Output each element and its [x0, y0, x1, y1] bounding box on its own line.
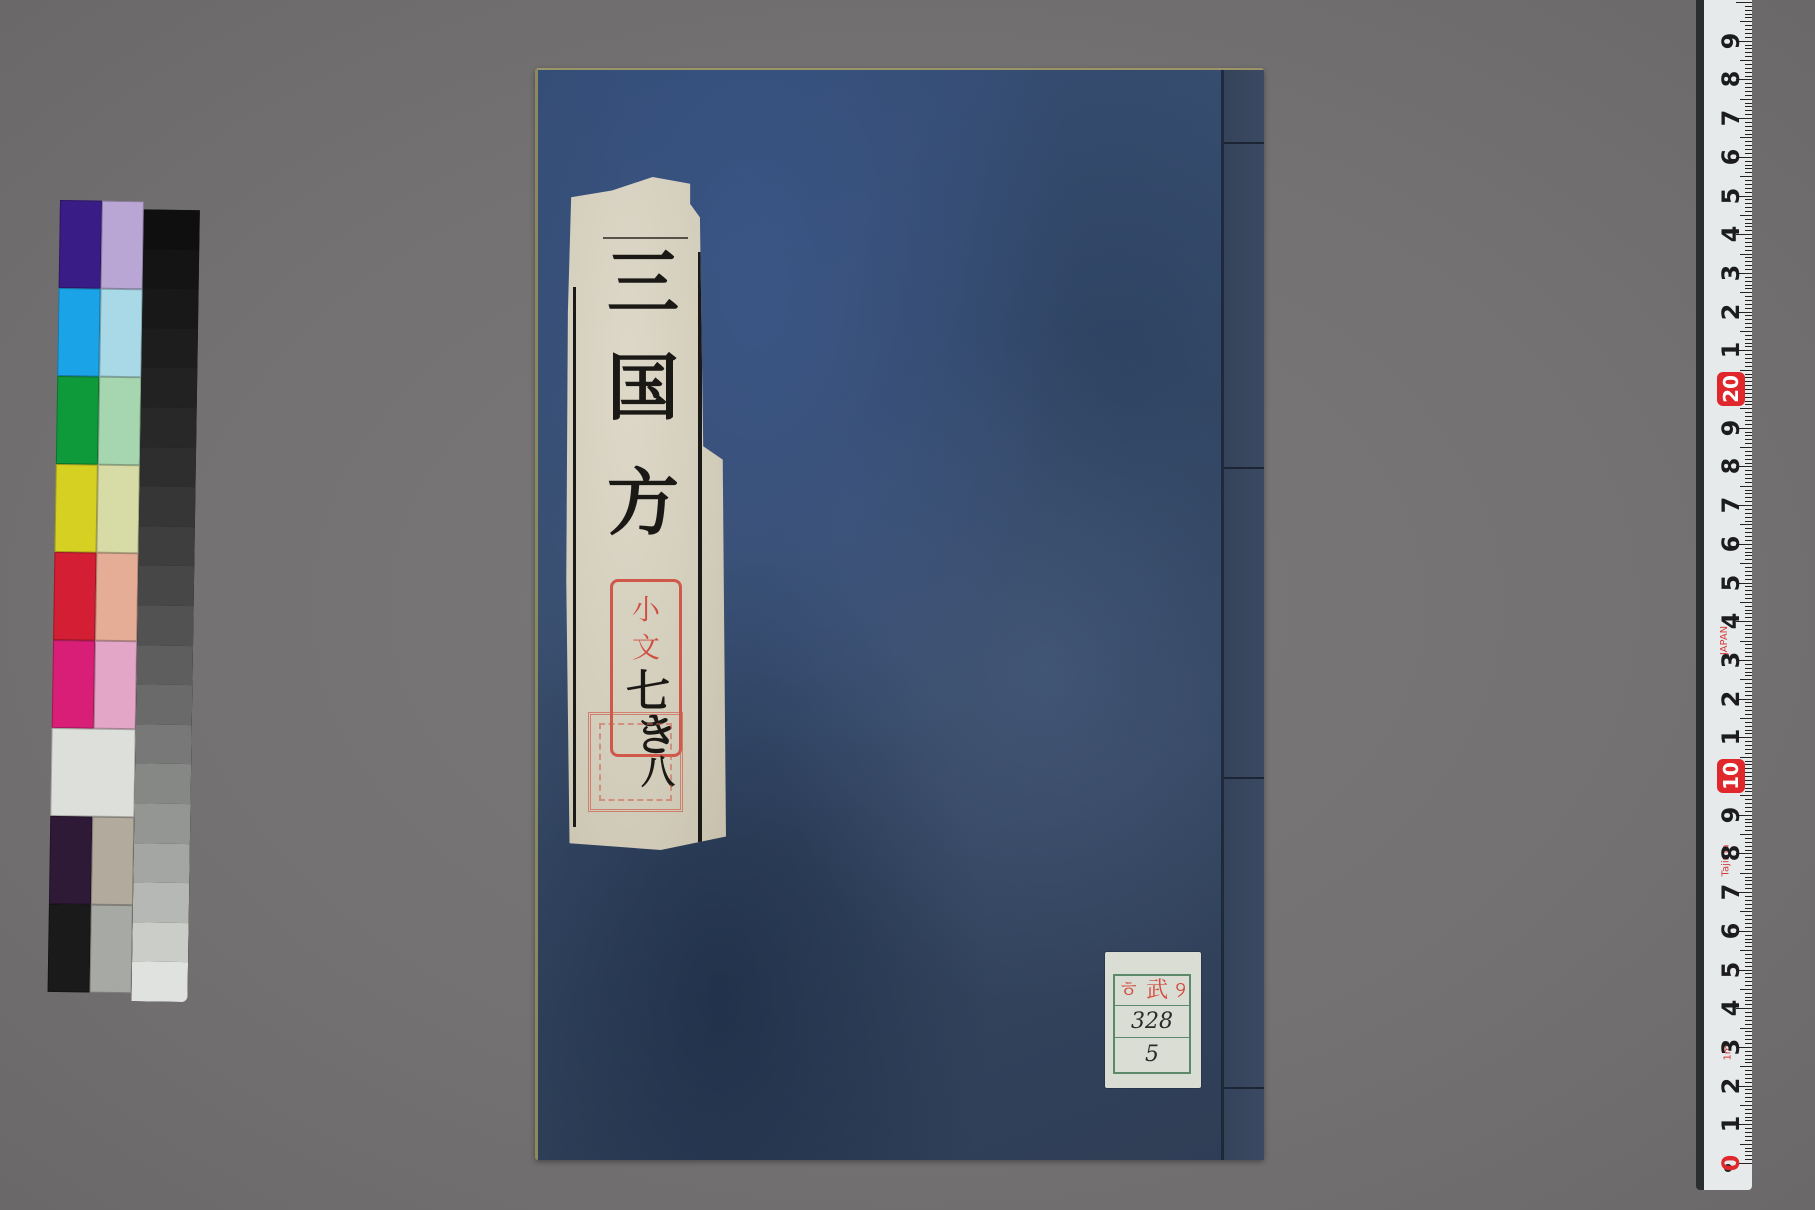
ruler-number: 4: [1717, 217, 1745, 251]
ruler-tick: [1740, 563, 1752, 564]
color-patch: [56, 376, 99, 465]
ruler-tick: [1740, 486, 1752, 487]
gray-step: [136, 684, 193, 724]
ruler-tick: [1745, 1078, 1752, 1079]
ruler-tick: [1745, 354, 1752, 355]
ruler-tick: [1745, 308, 1752, 309]
ruler-tick: [1745, 791, 1752, 792]
ruler-tick: [1745, 470, 1752, 471]
ruler-tick: [1745, 165, 1752, 166]
ruler-tick: [1745, 904, 1752, 905]
ruler-tick: [1745, 606, 1752, 607]
ruler-tick: [1745, 702, 1752, 703]
ruler-tick: [1745, 412, 1752, 413]
ruler-tick: [1740, 718, 1752, 719]
ruler-tick: [1745, 1012, 1752, 1013]
color-patch: [59, 200, 102, 289]
ruler-tick: [1745, 385, 1752, 386]
ruler-tick: [1745, 629, 1752, 630]
ruler-tick: [1745, 1000, 1752, 1001]
ruler-tick: [1745, 1082, 1752, 1083]
ruler-tick: [1745, 958, 1752, 959]
ruler-tick: [1745, 888, 1752, 889]
ruler-number: 7: [1717, 875, 1745, 909]
grayscale-strip: [131, 209, 199, 1002]
color-patch: [91, 817, 134, 906]
ruler-tick: [1745, 145, 1752, 146]
ruler-tick: [1745, 923, 1752, 924]
ruler-tick: [1740, 989, 1752, 990]
book-spine: [1224, 70, 1264, 1160]
ruler-tick: [1740, 679, 1752, 680]
ruler-tick: [1745, 114, 1752, 115]
ruler-tick: [1745, 579, 1752, 580]
ruler-tick: [1745, 219, 1752, 220]
ruler-tick: [1745, 768, 1752, 769]
gray-step: [134, 803, 191, 843]
ruler-tick: [1745, 559, 1752, 560]
ruler-tick: [1745, 95, 1752, 96]
ruler-tick: [1745, 517, 1752, 518]
ruler-tick: [1745, 513, 1752, 514]
ruler-tick: [1745, 811, 1752, 812]
ruler-tick: [1745, 64, 1752, 65]
ruler-tick: [1745, 571, 1752, 572]
ruler-tick: [1745, 985, 1752, 986]
ruler-tick: [1745, 261, 1752, 262]
ruler-tick: [1745, 819, 1752, 820]
title-char-1: 三: [603, 247, 683, 319]
ruler-tick: [1745, 188, 1752, 189]
ruler-tick: [1745, 668, 1752, 669]
ruler-tick: [1745, 714, 1752, 715]
ruler-tick: [1740, 1144, 1752, 1145]
ruler-tick: [1745, 420, 1752, 421]
ruler-number: 4: [1717, 604, 1745, 638]
ruler-tick: [1745, 199, 1752, 200]
ruler-tick: [1745, 501, 1752, 502]
ruler-tick: [1745, 528, 1752, 529]
gray-step: [141, 328, 198, 368]
color-patch: [94, 641, 137, 730]
ruler-number: 6: [1717, 140, 1745, 174]
ruler-tick: [1745, 103, 1752, 104]
call-number-row-3: 5: [1115, 1038, 1189, 1074]
color-patch: [98, 377, 141, 466]
measuring-ruler: 1m JAPAN Tajima 012345678910123456789201…: [1696, 0, 1752, 1190]
ruler-tick: [1745, 838, 1752, 839]
white-patch: [50, 728, 135, 817]
ruler-number: 1: [1717, 1107, 1745, 1141]
ruler-tick: [1745, 281, 1752, 282]
call-number-row-1: ㅎ 武 ୨: [1115, 976, 1189, 1006]
gray-step: [142, 288, 199, 328]
ruler-tick: [1745, 29, 1752, 30]
ruler-tick: [1745, 478, 1752, 479]
ruler-tick: [1745, 799, 1752, 800]
ruler-tick: [1745, 877, 1752, 878]
gray-step: [133, 882, 190, 922]
ruler-tick: [1745, 393, 1752, 394]
ruler-tick: [1745, 6, 1752, 7]
ruler-tick: [1745, 335, 1752, 336]
slip-border-right: [698, 252, 702, 842]
ruler-tick: [1745, 745, 1752, 746]
gray-step: [140, 447, 197, 487]
ruler-tick: [1745, 17, 1752, 18]
ruler-tick: [1745, 1031, 1752, 1032]
ruler-tick: [1745, 83, 1752, 84]
ruler-tick: [1745, 1059, 1752, 1060]
ruler-tick: [1745, 1117, 1752, 1118]
ruler-tick: [1745, 277, 1752, 278]
ruler-number: 3: [1717, 256, 1745, 290]
ruler-tick: [1745, 857, 1752, 858]
color-patch: [95, 553, 138, 642]
ruler-tick: [1740, 641, 1752, 642]
ruler-number: 3: [1717, 643, 1745, 677]
ruler-tick: [1745, 362, 1752, 363]
ruler-tick: [1745, 644, 1752, 645]
ruler-tick: [1745, 540, 1752, 541]
ruler-tick: [1745, 180, 1752, 181]
ruler-tick: [1745, 323, 1752, 324]
ruler-tick: [1740, 757, 1752, 758]
ruler-tick: [1745, 1155, 1752, 1156]
ruler-tick: [1745, 288, 1752, 289]
ruler-tick: [1740, 795, 1752, 796]
ruler-tick: [1745, 552, 1752, 553]
ruler-number: 9: [1717, 411, 1745, 445]
ruler-tick: [1745, 691, 1752, 692]
ruler-tick: [1745, 130, 1752, 131]
ruler-tick: [1745, 134, 1752, 135]
ruler-tick: [1745, 993, 1752, 994]
ruler-tick: [1740, 137, 1752, 138]
stamp-char-1: 小: [613, 594, 679, 626]
ruler-tick: [1745, 343, 1752, 344]
ruler-tick: [1745, 733, 1752, 734]
title-char-3: 方: [603, 467, 683, 539]
ruler-number: 6: [1717, 914, 1745, 948]
ruler-number: 4: [1717, 991, 1745, 1025]
ruler-tick: [1745, 788, 1752, 789]
ruler-tick: [1745, 141, 1752, 142]
ruler-tick: [1740, 292, 1752, 293]
ruler-tick: [1745, 358, 1752, 359]
ruler-tick: [1745, 72, 1752, 73]
color-patch: [49, 816, 92, 905]
color-patch: [48, 904, 91, 993]
ruler-tick: [1745, 1004, 1752, 1005]
binding-stitch: [1224, 142, 1264, 144]
ruler-tick: [1745, 91, 1752, 92]
ruler-tick: [1745, 25, 1752, 26]
ruler-number: 7: [1717, 488, 1745, 522]
ruler-tick: [1745, 149, 1752, 150]
ruler-tick: [1745, 184, 1752, 185]
gray-step: [139, 486, 196, 526]
ruler-tick: [1745, 315, 1752, 316]
ruler-number: 7: [1717, 101, 1745, 135]
ruler-tick: [1745, 250, 1752, 251]
ruler-tick: [1745, 962, 1752, 963]
ruler-tick: [1745, 153, 1752, 154]
gray-step: [137, 605, 194, 645]
ruler-number: 9: [1717, 798, 1745, 832]
ruler-tick: [1740, 370, 1752, 371]
ruler-number: 0: [1717, 1146, 1745, 1180]
ruler-tick: [1745, 946, 1752, 947]
ruler-tick: [1745, 610, 1752, 611]
ruler-tick: [1745, 203, 1752, 204]
ruler-tick: [1745, 695, 1752, 696]
ruler-tick: [1745, 548, 1752, 549]
ruler-tick: [1745, 575, 1752, 576]
ruler-tick: [1745, 161, 1752, 162]
ruler-tick: [1745, 935, 1752, 936]
ruler-tick: [1745, 1039, 1752, 1040]
ruler-tick: [1745, 223, 1752, 224]
ruler-number: 1: [1717, 720, 1745, 754]
ruler-tick: [1745, 463, 1752, 464]
ruler-number: 5: [1717, 953, 1745, 987]
ruler-tick: [1745, 226, 1752, 227]
ruler-tick: [1745, 1120, 1752, 1121]
spine-fold-line: [1221, 70, 1224, 1160]
ruler-tick: [1740, 176, 1752, 177]
ruler-tick: [1745, 536, 1752, 537]
ruler-tick: [1745, 761, 1752, 762]
ruler-tick: [1745, 168, 1752, 169]
ruler-tick: [1745, 1055, 1752, 1056]
ruler-tick: [1740, 21, 1752, 22]
ruler-tick: [1745, 672, 1752, 673]
ruler-tick: [1740, 950, 1752, 951]
ruler-tick: [1745, 617, 1752, 618]
ruler-tick: [1740, 524, 1752, 525]
ruler-tick: [1745, 435, 1752, 436]
ruler-tick: [1745, 1097, 1752, 1098]
ruler-tick: [1745, 110, 1752, 111]
binding-stitch: [1224, 467, 1264, 469]
ruler-tick: [1745, 319, 1752, 320]
gray-step: [135, 764, 192, 804]
ruler-tick: [1745, 126, 1752, 127]
ruler-tick: [1745, 977, 1752, 978]
ruler-tick: [1745, 954, 1752, 955]
ruler-tick: [1745, 741, 1752, 742]
ruler-tick: [1745, 730, 1752, 731]
ruler-tick: [1745, 490, 1752, 491]
ruler-tick: [1745, 339, 1752, 340]
ruler-tick: [1745, 1159, 1752, 1160]
ruler-tick: [1745, 230, 1752, 231]
color-patch: [90, 905, 133, 994]
ruler-tick: [1745, 664, 1752, 665]
ruler-tick: [1745, 625, 1752, 626]
ruler-tick: [1745, 443, 1752, 444]
ruler-tick: [1745, 842, 1752, 843]
ruler-tick: [1745, 207, 1752, 208]
ruler-number: 3: [1717, 1030, 1745, 1064]
ruler-tick: [1745, 807, 1752, 808]
ruler-tick: [1745, 300, 1752, 301]
ruler-tick: [1745, 803, 1752, 804]
ruler-tick: [1745, 1070, 1752, 1071]
ruler-tick: [1745, 172, 1752, 173]
ruler-tick: [1740, 60, 1752, 61]
ruler-tick: [1745, 633, 1752, 634]
color-patch: [53, 552, 96, 641]
ruler-tick: [1745, 455, 1752, 456]
ruler-tick: [1745, 432, 1752, 433]
ruler-tick: [1745, 285, 1752, 286]
ruler-tick: [1740, 99, 1752, 100]
seal-stamp: [588, 712, 683, 812]
call-number-row-2: 328: [1115, 1006, 1189, 1038]
ruler-tick: [1740, 254, 1752, 255]
ruler-tick: [1740, 1028, 1752, 1029]
ruler-tick: [1745, 675, 1752, 676]
ruler-tick: [1745, 919, 1752, 920]
ruler-tick: [1745, 896, 1752, 897]
ruler-tick: [1740, 834, 1752, 835]
ruler-tick: [1745, 1113, 1752, 1114]
ruler-tick: [1745, 68, 1752, 69]
ruler-tick: [1745, 880, 1752, 881]
ruler-tick: [1740, 447, 1752, 448]
ruler-tick: [1740, 408, 1752, 409]
ruler-tick: [1745, 973, 1752, 974]
call-number-frame: ㅎ 武 ୨ 328 5: [1113, 974, 1191, 1074]
ruler-tick: [1745, 884, 1752, 885]
ruler-tick: [1745, 869, 1752, 870]
ruler-tick: [1745, 1035, 1752, 1036]
ruler-tick: [1745, 927, 1752, 928]
ruler-tick: [1745, 242, 1752, 243]
gray-step: [133, 843, 190, 883]
ruler-tick: [1745, 830, 1752, 831]
ruler-tick: [1745, 122, 1752, 123]
call-number-label: ㅎ 武 ୨ 328 5: [1105, 952, 1201, 1088]
ruler-tick: [1745, 1132, 1752, 1133]
ruler-tick: [1745, 52, 1752, 53]
ruler-tick: [1745, 37, 1752, 38]
color-patch: [54, 464, 97, 553]
ruler-tick: [1745, 706, 1752, 707]
ruler-tick: [1745, 850, 1752, 851]
ruler-tick: [1740, 1066, 1752, 1067]
ruler-tick: [1745, 1024, 1752, 1025]
gray-step: [136, 645, 193, 685]
ruler-number: 8: [1717, 836, 1745, 870]
ruler-tick: [1745, 861, 1752, 862]
ruler-number: 1: [1717, 333, 1745, 367]
slip-rule: [603, 237, 688, 239]
ruler-tick: [1745, 246, 1752, 247]
ruler-tick: [1745, 846, 1752, 847]
ruler-tick: [1745, 590, 1752, 591]
ruler-tick: [1745, 459, 1752, 460]
ruler-tick: [1745, 482, 1752, 483]
ruler-tick: [1745, 257, 1752, 258]
ruler-tick: [1745, 656, 1752, 657]
color-calibration-chart: [47, 200, 202, 1002]
ruler-tick: [1745, 493, 1752, 494]
ruler-tick: [1745, 908, 1752, 909]
gray-step: [143, 249, 200, 289]
ruler-tick: [1745, 683, 1752, 684]
gray-step: [138, 566, 195, 606]
ruler-tick: [1745, 45, 1752, 46]
gray-step: [135, 724, 192, 764]
ruler-tick: [1745, 416, 1752, 417]
ruler-tick: [1740, 602, 1752, 603]
ruler-tick: [1745, 1062, 1752, 1063]
ruler-tick: [1745, 87, 1752, 88]
ruler-tick: [1745, 598, 1752, 599]
ruler-tick: [1745, 567, 1752, 568]
ruler-tick: [1745, 381, 1752, 382]
gray-step: [143, 209, 200, 249]
ruler-tick: [1745, 652, 1752, 653]
ruler-tick: [1745, 48, 1752, 49]
ruler-tick: [1745, 749, 1752, 750]
ruler-number: 6: [1717, 527, 1745, 561]
ruler-tick: [1745, 1043, 1752, 1044]
color-patch: [57, 288, 100, 377]
ruler-tick: [1745, 637, 1752, 638]
ruler-number: 2: [1717, 295, 1745, 329]
ruler-tick: [1745, 1101, 1752, 1102]
ruler-tick: [1745, 451, 1752, 452]
gray-step: [131, 962, 188, 1002]
ruler-tick: [1745, 710, 1752, 711]
ruler-tick: [1745, 997, 1752, 998]
ruler-tick: [1745, 822, 1752, 823]
ruler-tick: [1745, 14, 1752, 15]
ruler-tick: [1745, 687, 1752, 688]
ruler-tick: [1740, 331, 1752, 332]
ruler-tick: [1745, 1020, 1752, 1021]
ruler-tick: [1745, 269, 1752, 270]
slip-border-left: [573, 287, 576, 827]
ruler-tick: [1745, 521, 1752, 522]
ruler-tick: [1745, 424, 1752, 425]
ruler-tick: [1745, 327, 1752, 328]
ruler-tick: [1745, 780, 1752, 781]
ruler-tick: [1745, 722, 1752, 723]
ruler-number: 2: [1717, 1069, 1745, 1103]
ruler-tick: [1740, 873, 1752, 874]
ruler-number: 5: [1717, 566, 1745, 600]
ruler-tick: [1745, 594, 1752, 595]
ruler-number: 9: [1717, 24, 1745, 58]
ruler-tick: [1740, 1105, 1752, 1106]
ruler-tick: [1745, 826, 1752, 827]
color-patch: [52, 640, 95, 729]
ruler-tick: [1745, 1093, 1752, 1094]
ruler-tick: [1745, 1136, 1752, 1137]
ruler-tick: [1745, 56, 1752, 57]
ruler-tick: [1745, 346, 1752, 347]
ruler-tick: [1745, 439, 1752, 440]
ruler-tick: [1745, 497, 1752, 498]
ruler-tick: [1745, 648, 1752, 649]
ruler-tick: [1745, 1148, 1752, 1149]
book-cover: 三 国 方 小 文 七 き 八 ㅎ 武 ୨ 328 5: [535, 68, 1264, 1160]
